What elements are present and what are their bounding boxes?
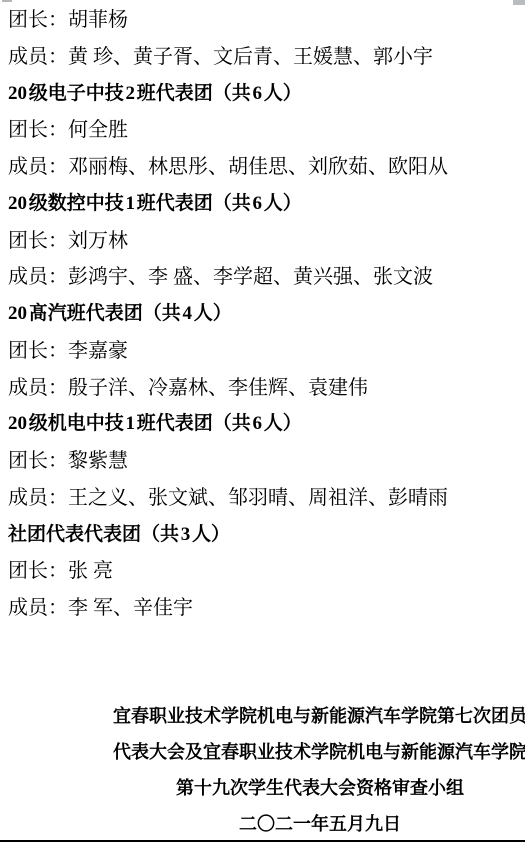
leader-line: 团长：李嘉豪 [8, 333, 525, 370]
leader-line: 团长：黎紫慧 [8, 443, 525, 480]
section-heading: 20 级电子中技 2 班代表团（共 6 人） [8, 76, 525, 113]
leader-line: 团长：刘万林 [8, 223, 525, 260]
members-line: 成员：彭鸿宇、李 盛、李学超、黄兴强、张文波 [8, 259, 525, 296]
date-line: 二〇二一年五月九日 [110, 806, 525, 842]
signature-block: 宜春职业技术学院机电与新能源汽车学院第七次团员 代表大会及宜春职业技术学院机电与… [110, 698, 525, 842]
leader-line: 团长：胡菲杨 [8, 2, 525, 39]
signature-line: 宜春职业技术学院机电与新能源汽车学院第七次团员 [110, 698, 525, 734]
document-page: 团长：胡菲杨 成员：黄 珍、黄子胥、文后青、王媛慧、郭小宇 20 级电子中技 2… [0, 0, 525, 847]
page-edge-rule [0, 840, 525, 842]
members-line: 成员：王之义、张文斌、邹羽晴、周祖洋、彭晴雨 [8, 480, 525, 517]
members-line: 成员：李 军、辛佳宇 [8, 590, 525, 627]
section-heading: 社团代表代表团（共 3 人） [8, 517, 525, 554]
members-line: 成员：殷子洋、冷嘉林、李佳辉、袁建伟 [8, 370, 525, 407]
leader-line: 团长：张 亮 [8, 553, 525, 590]
members-line: 成员：邓丽梅、林思彤、胡佳思、刘欣茹、欧阳从 [8, 149, 525, 186]
signature-line: 代表大会及宜春职业技术学院机电与新能源汽车学院 [110, 734, 525, 770]
delegation-list: 团长：胡菲杨 成员：黄 珍、黄子胥、文后青、王媛慧、郭小宇 20 级电子中技 2… [8, 2, 525, 627]
signature-line: 第十九次学生代表大会资格审查小组 [110, 770, 525, 806]
section-heading: 20 髙汽班代表团（共 4 人） [8, 296, 525, 333]
members-line: 成员：黄 珍、黄子胥、文后青、王媛慧、郭小宇 [8, 39, 525, 76]
section-heading: 20 级机电中技 1 班代表团（共 6 人） [8, 406, 525, 443]
section-heading: 20 级数控中技 1 班代表团（共 6 人） [8, 186, 525, 223]
leader-line: 团长：何全胜 [8, 112, 525, 149]
